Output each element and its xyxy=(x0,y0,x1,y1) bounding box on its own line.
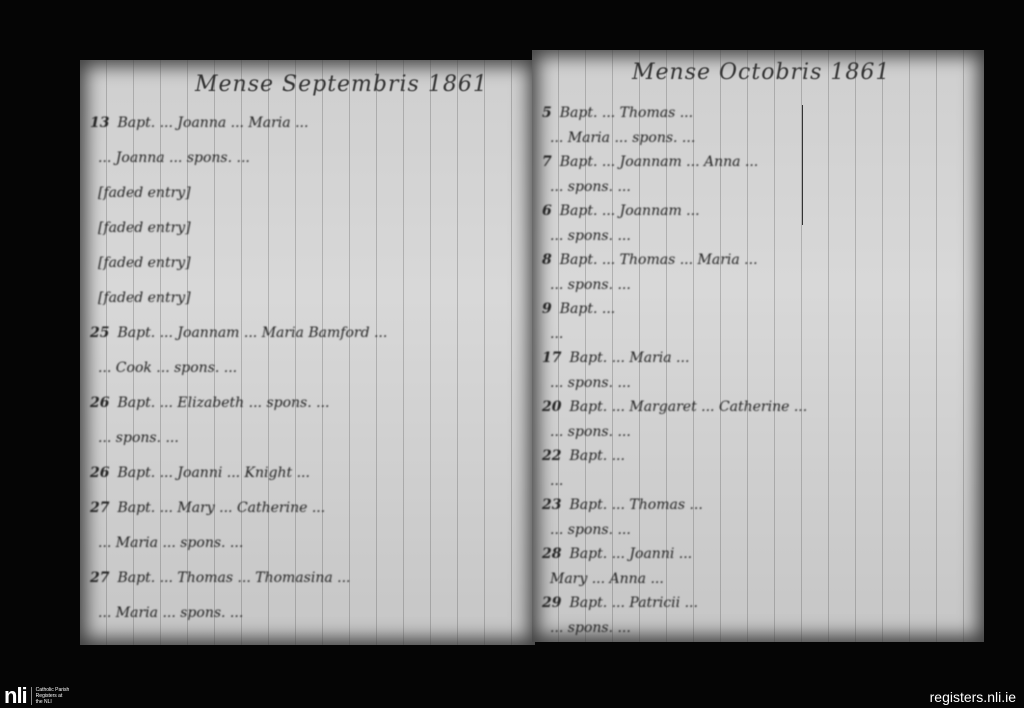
entry-text: Bapt. ... Joanni ... xyxy=(569,546,692,562)
entry-day: 26 xyxy=(90,395,109,411)
register-entry: ... xyxy=(542,473,974,493)
right-page: Mense Octobris 1861 5Bapt. ... Thomas ..… xyxy=(532,50,984,642)
entry-text: ... spons. ... xyxy=(550,228,631,244)
entry-text: Bapt. ... Thomas ... xyxy=(569,497,702,513)
entry-day: 27 xyxy=(90,500,109,516)
entry-day: 29 xyxy=(542,595,561,611)
entry-day: 17 xyxy=(542,350,561,366)
register-scan: Mense Septembris 1861 13Bapt. ... Joanna… xyxy=(0,0,1024,708)
entry-day: 28 xyxy=(542,546,561,562)
entry-text: Bapt. ... xyxy=(560,301,615,317)
register-entry: ... spons. ... xyxy=(542,424,974,444)
register-entry: ... Maria ... spons. ... xyxy=(542,130,974,150)
entry-day: 7 xyxy=(542,154,552,170)
entry-day: 22 xyxy=(542,448,561,464)
register-entry: 23Bapt. ... Thomas ... xyxy=(542,497,974,517)
entry-text: ... spons. ... xyxy=(550,424,631,440)
register-entry: 7Bapt. ... Joannam ... Anna ... xyxy=(542,154,974,174)
register-entry: 28Bapt. ... Joanni ... xyxy=(542,546,974,566)
register-entry: 27Bapt. ... Mary ... Catherine ... xyxy=(90,500,525,520)
register-entry: ... spons. ... xyxy=(542,228,974,248)
entry-day: 20 xyxy=(542,399,561,415)
register-entry: ... xyxy=(542,326,974,346)
register-entry: Mary ... Anna ... xyxy=(542,571,974,591)
entry-text: Bapt. ... xyxy=(569,448,624,464)
entry-text: [faded entry] xyxy=(98,185,191,201)
register-entry: [faded entry] xyxy=(90,185,525,205)
entry-day: 25 xyxy=(90,325,109,341)
entry-day: 8 xyxy=(542,252,552,268)
entry-text: ... Maria ... spons. ... xyxy=(550,130,695,146)
entry-text: Bapt. ... Joanna ... Maria ... xyxy=(117,115,308,131)
entry-day: 27 xyxy=(90,570,109,586)
register-entry: 26Bapt. ... Elizabeth ... spons. ... xyxy=(90,395,525,415)
ruled-lines xyxy=(80,60,535,645)
entry-text: Bapt. ... Joanni ... Knight ... xyxy=(117,465,309,481)
register-entry: 27Bapt. ... Thomas ... Thomasina ... xyxy=(90,570,525,590)
register-entry: ... Joanna ... spons. ... xyxy=(90,150,525,170)
register-entry: 26Bapt. ... Joanni ... Knight ... xyxy=(90,465,525,485)
entry-day: 26 xyxy=(90,465,109,481)
register-entry: 17Bapt. ... Maria ... xyxy=(542,350,974,370)
entry-text: ... xyxy=(550,473,563,489)
entry-day: 6 xyxy=(542,203,552,219)
left-page-title: Mense Septembris 1861 xyxy=(195,72,488,97)
entry-text: ... spons. ... xyxy=(98,430,179,446)
register-entry: [faded entry] xyxy=(90,290,525,310)
entry-day: 9 xyxy=(542,301,552,317)
register-entry: 13Bapt. ... Joanna ... Maria ... xyxy=(90,115,525,135)
register-entry: 8Bapt. ... Thomas ... Maria ... xyxy=(542,252,974,272)
register-entry: ... spons. ... xyxy=(542,179,974,199)
entry-text: ... spons. ... xyxy=(550,522,631,538)
entry-text: [faded entry] xyxy=(98,220,191,236)
entry-text: ... Maria ... spons. ... xyxy=(98,605,243,621)
entry-day: 13 xyxy=(90,115,109,131)
entry-text: ... spons. ... xyxy=(550,620,631,636)
entry-text: [faded entry] xyxy=(98,290,191,306)
entry-text: ... spons. ... xyxy=(550,179,631,195)
register-entry: 25Bapt. ... Joannam ... Maria Bamford ..… xyxy=(90,325,525,345)
register-entry: ... spons. ... xyxy=(542,277,974,297)
register-entry: ... spons. ... xyxy=(90,430,525,450)
right-page-title: Mense Octobris 1861 xyxy=(632,60,890,85)
entry-text: Bapt. ... Mary ... Catherine ... xyxy=(117,500,325,516)
register-entry: [faded entry] xyxy=(90,220,525,240)
register-entry: 29Bapt. ... Patricii ... xyxy=(542,595,974,615)
entry-text: [faded entry] xyxy=(98,255,191,271)
register-entry: ... spons. ... xyxy=(542,620,974,640)
logo-divider xyxy=(31,687,32,705)
entry-text: ... xyxy=(550,326,563,342)
register-entry: ... Cook ... spons. ... xyxy=(90,360,525,380)
nli-logo: nli xyxy=(4,686,27,706)
entry-text: Bapt. ... Elizabeth ... spons. ... xyxy=(117,395,329,411)
register-entry: 6Bapt. ... Joannam ... xyxy=(542,203,974,223)
register-entry: 9Bapt. ... xyxy=(542,301,974,321)
entry-day: 5 xyxy=(542,105,552,121)
entry-text: ... Cook ... spons. ... xyxy=(98,360,237,376)
register-entry: 22Bapt. ... xyxy=(542,448,974,468)
entry-text: Bapt. ... Thomas ... xyxy=(560,105,693,121)
register-entry: ... Maria ... spons. ... xyxy=(90,605,525,625)
entry-text: Mary ... Anna ... xyxy=(550,571,664,587)
entry-text: ... spons. ... xyxy=(550,277,631,293)
nli-brand: nli Catholic Parish Registers at the NLI xyxy=(4,686,70,706)
register-entry: 20Bapt. ... Margaret ... Catherine ... xyxy=(542,399,974,419)
brand-tagline: Catholic Parish Registers at the NLI xyxy=(36,687,70,705)
site-url[interactable]: registers.nli.ie xyxy=(930,689,1016,705)
entry-text: Bapt. ... Patricii ... xyxy=(569,595,697,611)
entry-text: Bapt. ... Thomas ... Thomasina ... xyxy=(117,570,350,586)
entry-text: ... Joanna ... spons. ... xyxy=(98,150,250,166)
entry-text: ... spons. ... xyxy=(550,375,631,391)
entry-text: Bapt. ... Maria ... xyxy=(569,350,689,366)
register-entry: [faded entry] xyxy=(90,255,525,275)
entry-text: Bapt. ... Joannam ... Anna ... xyxy=(560,154,759,170)
entry-text: ... Maria ... spons. ... xyxy=(98,535,243,551)
entry-text: Bapt. ... Joannam ... xyxy=(560,203,700,219)
entry-text: Bapt. ... Margaret ... Catherine ... xyxy=(569,399,807,415)
left-page: Mense Septembris 1861 13Bapt. ... Joanna… xyxy=(80,60,535,645)
register-entry: 5Bapt. ... Thomas ... xyxy=(542,105,974,125)
entry-day: 23 xyxy=(542,497,561,513)
entry-text: Bapt. ... Joannam ... Maria Bamford ... xyxy=(117,325,387,341)
register-entry: ... Maria ... spons. ... xyxy=(90,535,525,555)
register-entry: ... spons. ... xyxy=(542,522,974,542)
entry-text: Bapt. ... Thomas ... Maria ... xyxy=(560,252,758,268)
register-entry: ... spons. ... xyxy=(542,375,974,395)
